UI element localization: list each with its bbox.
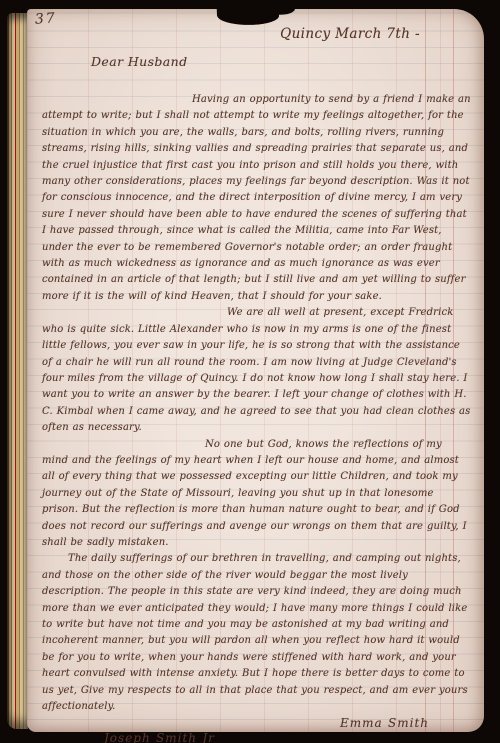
letter-paragraph: No one but God, knows the reflections of… — [42, 437, 471, 552]
book-binding-edge — [7, 13, 28, 729]
letter-page: 37 Quincy March 7th - Dear Husband Havin… — [27, 9, 484, 732]
letter-body: Having an opportunity to send by a frien… — [42, 92, 471, 743]
letter-paragraph: Having an opportunity to send by a frien… — [42, 92, 471, 305]
page-number: 37 — [34, 10, 57, 27]
salutation: Dear Husband — [91, 54, 188, 69]
letter-paragraph: We are all well at present, except Fredr… — [42, 305, 471, 436]
torn-edge-notch — [217, 5, 280, 26]
letter-paragraph: The daily sufferings of our brethren in … — [42, 551, 471, 715]
dateline: Quincy March 7th - — [280, 26, 420, 42]
signature: Emma Smith — [340, 715, 429, 731]
photograph-background: 37 Quincy March 7th - Dear Husband Havin… — [0, 0, 500, 743]
